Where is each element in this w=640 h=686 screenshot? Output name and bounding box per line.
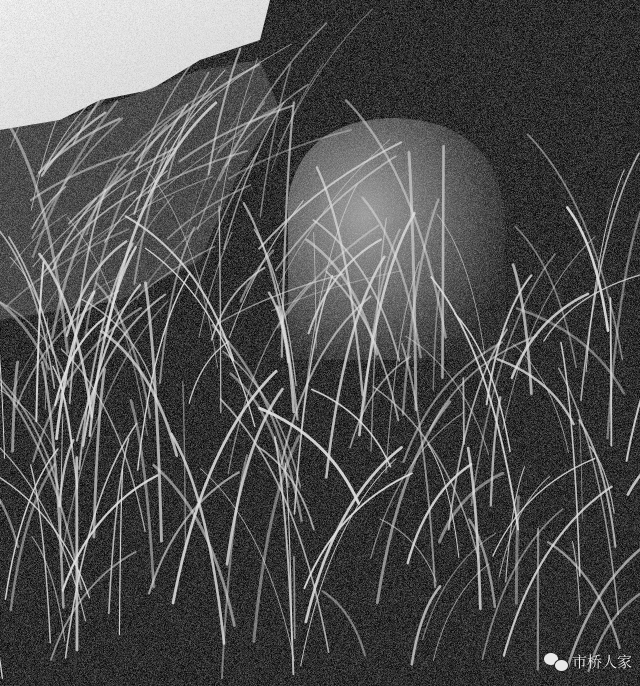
photo: 市桥人家 bbox=[0, 0, 640, 686]
photo-scene bbox=[0, 0, 640, 686]
watermark: 市桥人家 bbox=[544, 651, 632, 672]
watermark-text: 市桥人家 bbox=[572, 651, 632, 672]
wechat-logo-icon bbox=[544, 653, 568, 671]
